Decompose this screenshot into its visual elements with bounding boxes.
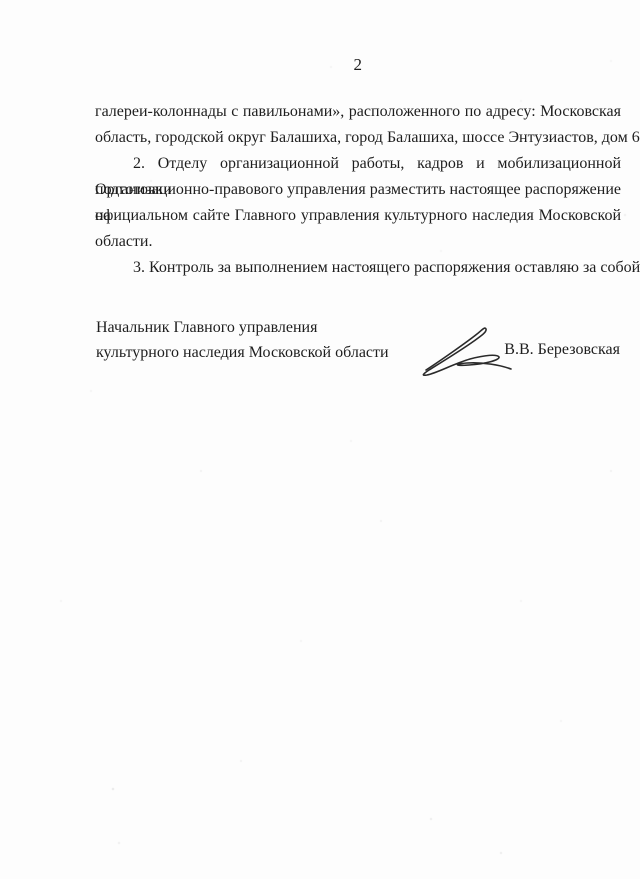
document-page: 2 галереи-колоннады с павильонами», расп… (0, 0, 640, 879)
paragraph-3-line-1: 3. Контроль за выполнением настоящего ра… (95, 255, 621, 281)
signer-name: В.В. Березовская (460, 339, 620, 361)
paragraph-2-line-4: области. (95, 229, 621, 255)
paragraph-2-line-3: официальном сайте Главного управления ку… (95, 203, 621, 229)
scan-noise (0, 0, 2, 2)
paragraph-2-line-2: Организационно-правового управления разм… (95, 177, 621, 203)
paragraph-1-line-2: область, городской округ Балашиха, город… (95, 125, 621, 151)
signer-position: Начальник Главного управления культурног… (96, 315, 389, 365)
document-body: галереи-колоннады с павильонами», распол… (95, 99, 621, 281)
paragraph-2-line-1: 2. Отделу организационной работы, кадров… (95, 151, 621, 177)
signer-position-line-2: культурного наследия Московской области (96, 340, 389, 365)
page-number: 2 (95, 55, 621, 75)
signer-position-line-1: Начальник Главного управления (96, 315, 389, 340)
paragraph-1-line-1: галереи-колоннады с павильонами», распол… (95, 99, 621, 125)
